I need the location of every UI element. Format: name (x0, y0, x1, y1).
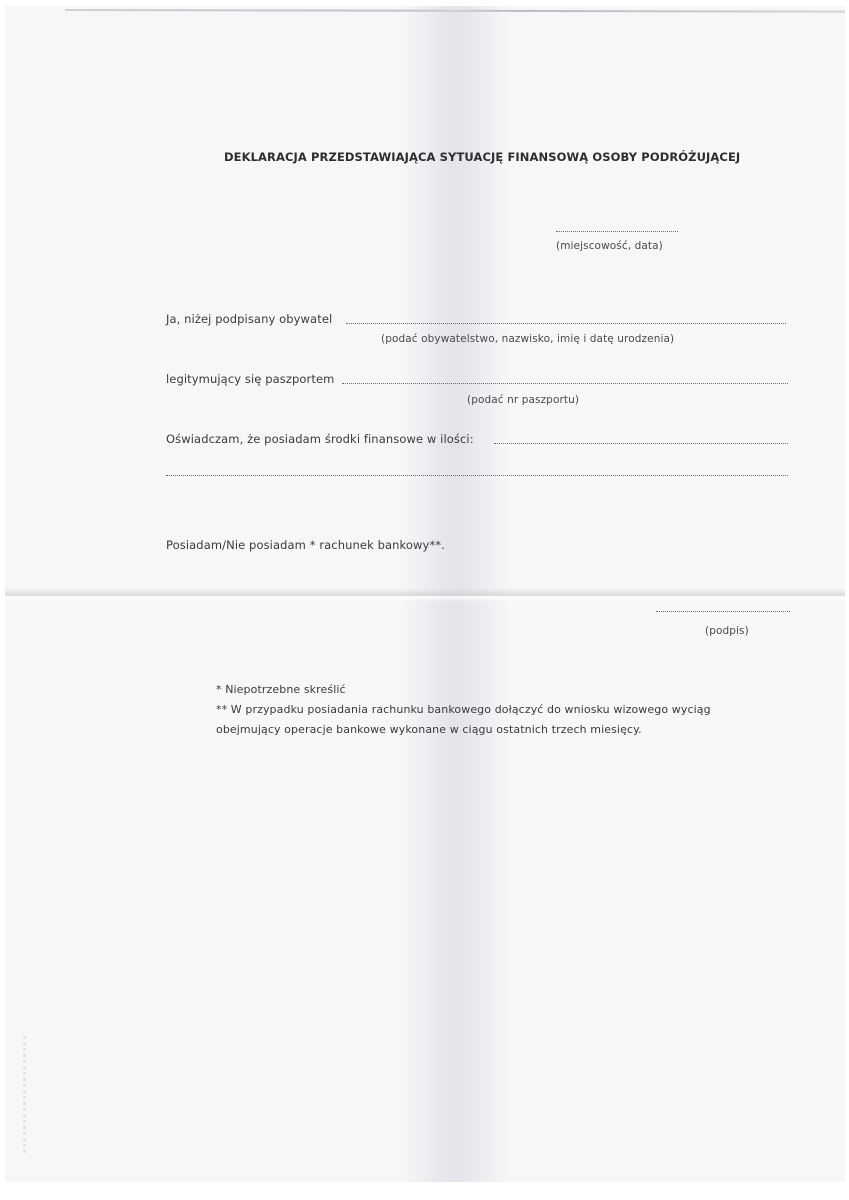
funds-label: Oświadczam, że posiadam środki finansowe… (166, 432, 474, 446)
place-date-hint: (miejscowość, data) (556, 240, 663, 252)
passport-field[interactable] (342, 382, 788, 384)
signature-field[interactable] (656, 610, 790, 612)
signature-hint: (podpis) (705, 625, 749, 637)
funds-field-continuation[interactable] (166, 474, 788, 476)
funds-field[interactable] (494, 442, 788, 444)
citizen-hint: (podać obywatelstwo, nazwisko, imię i da… (381, 333, 674, 345)
scanned-page (5, 6, 845, 1182)
document-title: DEKLARACJA PRZEDSTAWIAJĄCA SYTUACJĘ FINA… (224, 150, 740, 164)
citizen-label: Ja, niżej podpisany obywatel (166, 312, 332, 326)
place-date-field[interactable] (556, 230, 678, 232)
scan-edge-marks (23, 1036, 26, 1156)
fold-crease-horizontal (5, 588, 845, 602)
citizen-field[interactable] (346, 322, 786, 324)
footnote-2: ** W przypadku posiadania rachunku banko… (216, 703, 711, 716)
footnote-1: * Niepotrzebne skreślić (216, 683, 346, 696)
passport-label: legitymujący się paszportem (166, 372, 334, 386)
bank-account-statement: Posiadam/Nie posiadam * rachunek bankowy… (166, 538, 445, 552)
footnote-2-continuation: obejmujący operacje bankowe wykonane w c… (216, 723, 642, 736)
passport-hint: (podać nr paszportu) (467, 394, 579, 406)
